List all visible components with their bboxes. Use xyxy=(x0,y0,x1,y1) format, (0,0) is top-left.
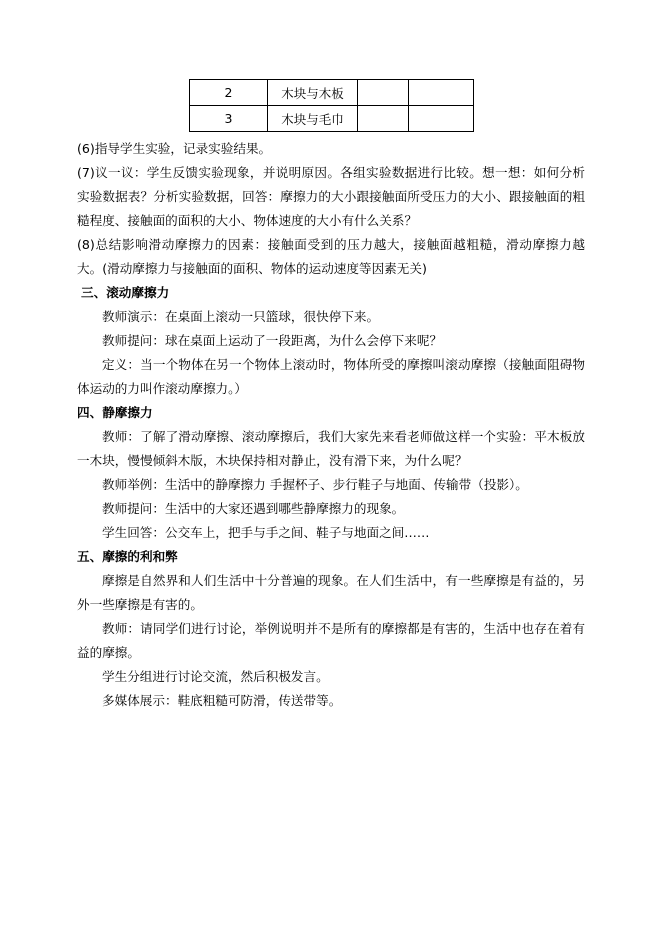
paragraph: 教师举例：生活中的静摩擦力 手握杯子、步行鞋子与地面、传输带（投影）。 xyxy=(77,473,585,497)
paragraph: 教师：请同学们进行讨论，举例说明并不是所有的摩擦都是有害的，生活中也存在着有益的… xyxy=(77,617,585,665)
paragraph: 教师：了解了滑动摩擦、滚动摩擦后，我们大家先来看老师做这样一个实验：平木板放一木… xyxy=(77,425,585,473)
empty-cell xyxy=(409,106,474,132)
empty-cell xyxy=(358,106,409,132)
empty-cell xyxy=(358,80,409,106)
section-heading-rolling-friction: 三、滚动摩擦力 xyxy=(77,281,585,305)
paragraph: 摩擦是自然界和人们生活中十分普遍的现象。在人们生活中，有一些摩擦是有益的，另外一… xyxy=(77,569,585,617)
step-8-paragraph: (8)总结影响滑动摩擦力的因素：接触面受到的压力越大，接触面越粗糙，滑动摩擦力越… xyxy=(77,233,585,281)
trial-number-cell: 2 xyxy=(190,80,268,106)
section-heading-static-friction: 四、静摩擦力 xyxy=(77,401,585,425)
paragraph: 学生回答：公交车上，把手与手之间、鞋子与地面之间…… xyxy=(77,521,585,545)
document-body: (6)指导学生实验，记录实验结果。 (7)议一议：学生反馈实验现象，并说明原因。… xyxy=(77,137,585,713)
section-heading-pros-cons-friction: 五、摩擦的利和弊 xyxy=(77,545,585,569)
table-row: 2 木块与木板 xyxy=(190,80,474,106)
paragraph: 教师提问：球在桌面上运动了一段距离，为什么会停下来呢？ xyxy=(77,329,585,353)
paragraph: 定义：当一个物体在另一个物体上滚动时，物体所受的摩擦叫滚动摩擦（接触面阻碍物体运… xyxy=(77,353,585,401)
trial-number-cell: 3 xyxy=(190,106,268,132)
empty-cell xyxy=(409,80,474,106)
step-7-paragraph: (7)议一议：学生反馈实验现象，并说明原因。各组实验数据进行比较。想一想：如何分… xyxy=(77,161,585,233)
paragraph: 教师演示：在桌面上滚动一只篮球，很快停下来。 xyxy=(77,305,585,329)
paragraph: 多媒体展示：鞋底粗糙可防滑，传送带等。 xyxy=(77,689,585,713)
experiment-table: 2 木块与木板 3 木块与毛巾 xyxy=(189,79,474,132)
paragraph: 教师提问：生活中的大家还遇到哪些静摩擦力的现象。 xyxy=(77,497,585,521)
paragraph: 学生分组进行讨论交流，然后积极发言。 xyxy=(77,665,585,689)
step-6-paragraph: (6)指导学生实验，记录实验结果。 xyxy=(77,137,585,161)
material-cell: 木块与木板 xyxy=(268,80,358,106)
material-cell: 木块与毛巾 xyxy=(268,106,358,132)
table-row: 3 木块与毛巾 xyxy=(190,106,474,132)
